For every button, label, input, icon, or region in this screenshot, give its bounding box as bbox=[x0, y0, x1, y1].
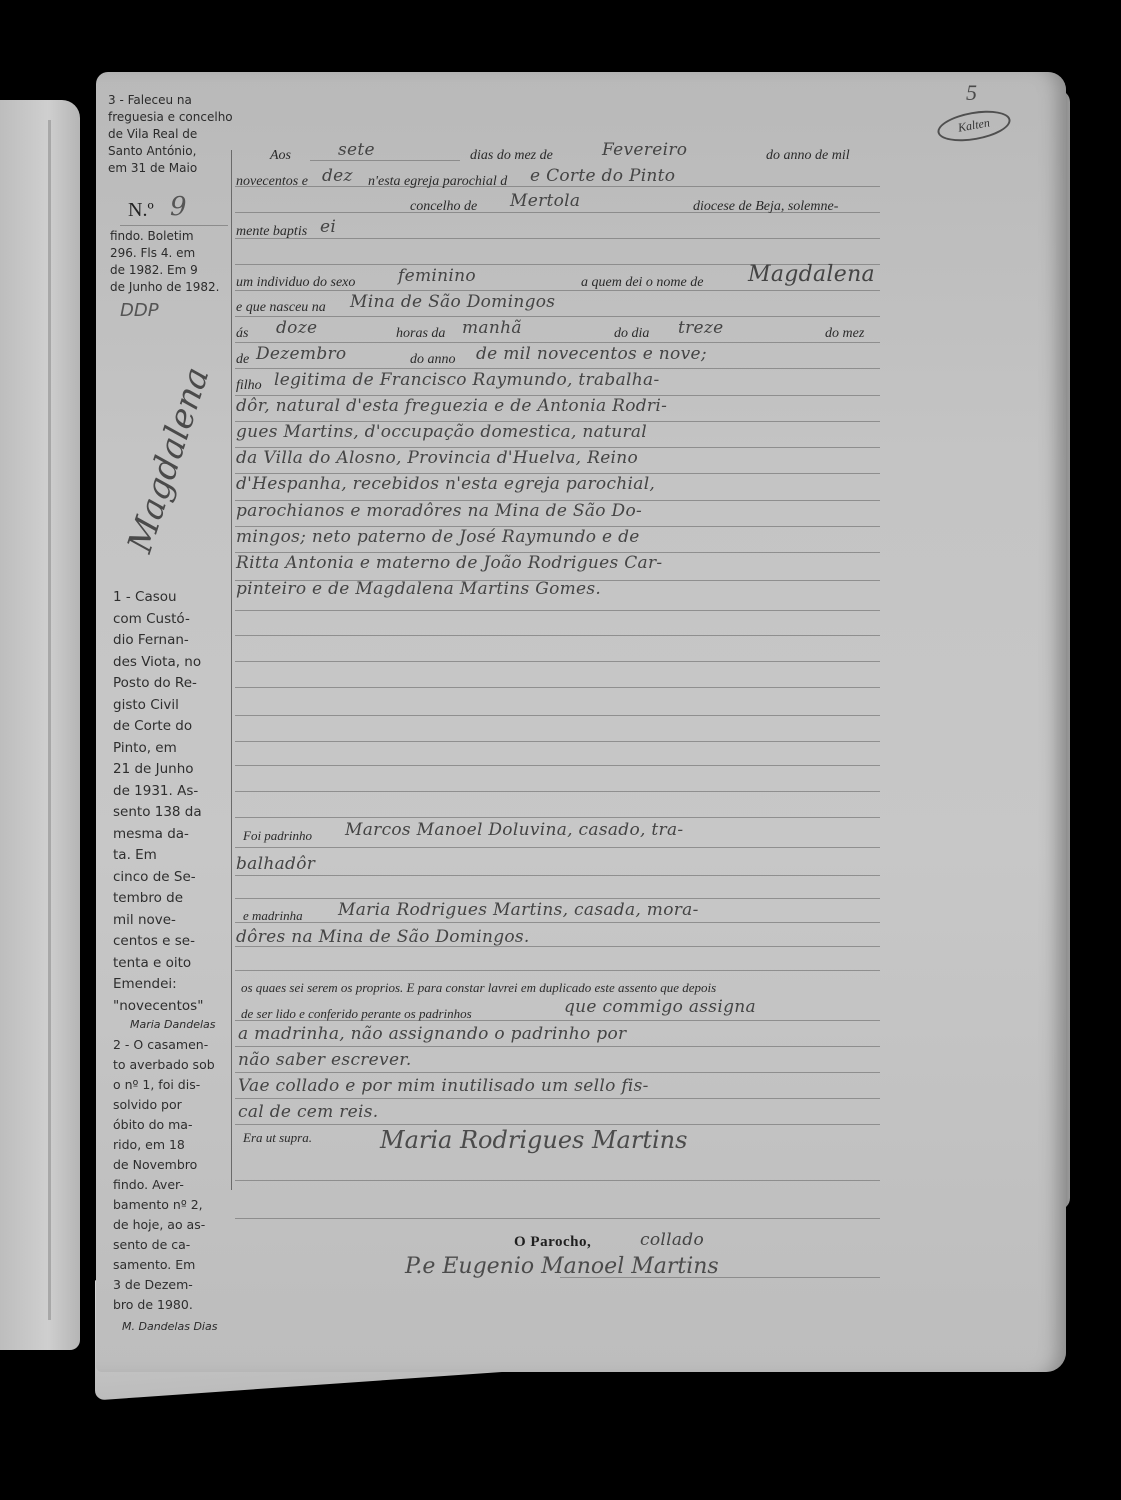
handwritten-body-line: gues Martins, d'occupação domestica, nat… bbox=[236, 422, 647, 442]
handwritten-municipality: Mertola bbox=[510, 191, 580, 211]
printed-text: do anno bbox=[410, 352, 456, 368]
margin-note-3-cont: findo. Boletim 296. Fls 4. em de 1982. E… bbox=[110, 228, 220, 296]
handwritten-body-line: mingos; neto paterno de José Raymundo e … bbox=[236, 527, 640, 547]
printed-text: ás bbox=[236, 326, 248, 342]
handwritten-body-line: parochianos e moradôres na Mina de São D… bbox=[236, 501, 642, 521]
ruled-line bbox=[235, 791, 880, 792]
closing-printed-1: os quaes sei serem os proprios. E para c… bbox=[241, 980, 716, 996]
ruled-line bbox=[235, 765, 880, 766]
handwritten-body-line: Ritta Antonia e materno de João Rodrigue… bbox=[236, 553, 662, 573]
printed-text: a quem dei o nome de bbox=[581, 275, 703, 291]
register-page bbox=[96, 72, 1066, 1372]
printed-text: filho bbox=[236, 378, 262, 394]
previous-page-edge bbox=[0, 100, 80, 1350]
parish-priest-label: O Parocho, bbox=[514, 1234, 591, 1251]
handwritten-body-line: pinteiro e de Magdalena Martins Gomes. bbox=[236, 579, 601, 599]
godfather-label: Foi padrinho bbox=[243, 828, 312, 844]
ruled-line bbox=[235, 610, 880, 611]
printed-text: do dia bbox=[614, 326, 649, 342]
handwritten-godfather: Marcos Manoel Doluvina, casado, tra- bbox=[345, 820, 683, 840]
handwritten-closing: não saber escrever. bbox=[238, 1050, 412, 1070]
margin-note-1: 1 - Casou com Custó- dio Fernan- des Vio… bbox=[113, 587, 203, 1017]
ruled-line bbox=[235, 970, 880, 971]
ruled-line bbox=[235, 741, 880, 742]
handwritten-month: Fevereiro bbox=[602, 140, 687, 160]
margin-initials: DDP bbox=[120, 302, 159, 319]
printed-text: mente baptis bbox=[236, 224, 307, 240]
printed-text: e que nasceu na bbox=[236, 300, 326, 316]
handwritten-sex: feminino bbox=[398, 266, 476, 286]
closing-printed-2: de ser lido e conferido perante os padri… bbox=[241, 1006, 472, 1022]
handwritten-closing: cal de cem reis. bbox=[238, 1102, 379, 1122]
ruled-line bbox=[235, 898, 880, 899]
margin-note-2: 2 - O casamen- to averbado sob o nº 1, f… bbox=[113, 1035, 215, 1315]
handwritten-body-line: d'Hespanha, recebidos n'esta egreja paro… bbox=[236, 474, 655, 494]
page-number: 5 bbox=[966, 80, 977, 106]
printed-text: do mez bbox=[825, 326, 864, 342]
margin-note-3: 3 - Faleceu na freguesia e concelho de V… bbox=[108, 92, 233, 177]
handwritten-closing: Vae collado e por mim inutilisado um sel… bbox=[238, 1076, 649, 1096]
printed-text: do anno de mil bbox=[766, 148, 850, 164]
ruled-line bbox=[235, 342, 880, 343]
handwritten-birth-month: Dezembro bbox=[256, 344, 346, 364]
ruled-line bbox=[235, 1098, 880, 1099]
printed-text: novecentos e bbox=[236, 174, 308, 190]
handwritten-verb: ei bbox=[320, 217, 336, 237]
margin-divider bbox=[231, 150, 232, 1190]
handwritten-birthplace: Mina de São Domingos bbox=[350, 292, 555, 312]
handwritten-closing: a madrinha, não assignando o padrinho po… bbox=[238, 1024, 626, 1044]
ruled-line bbox=[235, 687, 880, 688]
ruled-line bbox=[235, 847, 880, 848]
ruled-line bbox=[235, 922, 880, 923]
printed-text: concelho de bbox=[410, 199, 477, 215]
parish-priest-note: collado bbox=[640, 1230, 704, 1250]
era-ut-supra: Era ut supra. bbox=[243, 1130, 312, 1146]
printed-text: diocese de Beja, solemne- bbox=[693, 199, 838, 215]
parish-priest-signature: P.e Eugenio Manoel Martins bbox=[405, 1254, 719, 1279]
margin-note-2-signature: M. Dandelas Dias bbox=[122, 1318, 217, 1335]
ruled-line bbox=[235, 817, 880, 818]
ruled-line bbox=[235, 635, 880, 636]
ruled-line bbox=[235, 875, 880, 876]
printed-text: um individuo do sexo bbox=[236, 275, 355, 291]
printed-text: de bbox=[236, 352, 249, 368]
ruled-line bbox=[235, 1180, 880, 1181]
printed-text: Aos bbox=[270, 148, 291, 164]
printed-text: horas da bbox=[396, 326, 445, 342]
ruled-line bbox=[235, 316, 880, 317]
printed-text: dias do mez de bbox=[470, 148, 553, 164]
ruled-line bbox=[310, 160, 460, 161]
handwritten-hour: doze bbox=[276, 318, 317, 338]
handwritten-period: manhã bbox=[462, 318, 522, 338]
ruled-line bbox=[235, 238, 880, 239]
ruled-line bbox=[235, 715, 880, 716]
handwritten-year: dez bbox=[322, 166, 353, 186]
record-number-line bbox=[120, 225, 228, 226]
godmother-label: e madrinha bbox=[243, 908, 303, 924]
handwritten-child-name: Magdalena bbox=[748, 262, 875, 287]
ruled-line bbox=[235, 368, 880, 369]
handwritten-birth-day: treze bbox=[678, 318, 724, 338]
handwritten-birth-year: de mil novecentos e nove; bbox=[476, 344, 707, 364]
handwritten-closing: que commigo assigna bbox=[564, 997, 756, 1017]
ruled-line bbox=[235, 1046, 880, 1047]
handwritten-day: sete bbox=[338, 140, 375, 160]
record-number-label: N.º bbox=[128, 199, 154, 222]
godmother-signature: Maria Rodrigues Martins bbox=[380, 1126, 687, 1154]
handwritten-godmother-cont: dôres na Mina de São Domingos. bbox=[236, 927, 530, 947]
printed-text: n'esta egreja parochial d bbox=[368, 174, 507, 190]
margin-note-1-signature: Maria Dandelas bbox=[130, 1016, 216, 1033]
handwritten-godfather-cont: balhadôr bbox=[236, 854, 315, 874]
record-number: 9 bbox=[170, 192, 187, 222]
handwritten-body-line: dôr, natural d'esta freguezia e de Anton… bbox=[236, 396, 667, 416]
ruled-line bbox=[235, 661, 880, 662]
handwritten-godmother: Maria Rodrigues Martins, casada, mora- bbox=[338, 900, 699, 920]
handwritten-parents: legitima de Francisco Raymundo, trabalha… bbox=[274, 370, 660, 390]
ruled-line bbox=[235, 186, 880, 187]
ruled-line bbox=[235, 1218, 880, 1219]
handwritten-body-line: da Villa do Alosno, Provincia d'Huelva, … bbox=[236, 448, 638, 468]
handwritten-parish: e Corte do Pinto bbox=[530, 166, 675, 186]
ruled-line bbox=[235, 1072, 880, 1073]
ruled-line bbox=[235, 1124, 880, 1125]
